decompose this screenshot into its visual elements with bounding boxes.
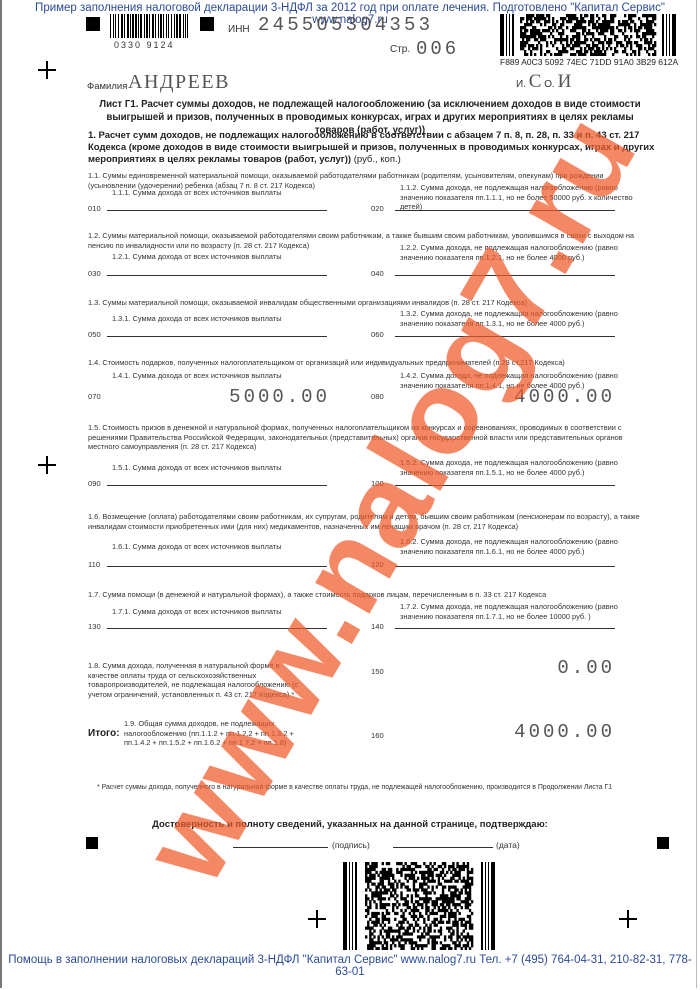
registration-cross (308, 910, 326, 928)
confirmation-text: Достоверность и полноту сведений, указан… (0, 819, 700, 830)
initial-o-value: И (558, 71, 572, 92)
page-label: Стр. (390, 44, 410, 55)
item-right-code: 020 (371, 204, 384, 213)
item-left-field[interactable] (107, 336, 327, 337)
item-right-field[interactable] (395, 336, 615, 337)
item-right-field[interactable] (395, 485, 615, 486)
item-right-code: 100 (371, 479, 384, 488)
item-heading: 1.3. Суммы материальной помощи, оказывае… (88, 298, 648, 308)
item-heading: 1.4. Стоимость подарков, полученных нало… (88, 358, 648, 368)
item-1-8-code: 150 (371, 667, 384, 676)
item-1-9-label: 1.9. Общая сумма доходов, не подлежащих … (124, 719, 304, 748)
surname-value: АНДРЕЕВ (128, 71, 230, 94)
item-left-label: 1.4.1. Сумма дохода от всех источников в… (112, 371, 352, 381)
item-right-label: 1.3.2. Сумма дохода, не подлежащая налог… (400, 309, 650, 328)
initial-o-label: О. (544, 79, 555, 90)
item-right-code: 060 (371, 330, 384, 339)
item-left-code: 050 (88, 330, 101, 339)
item-left-label: 1.2.1. Сумма дохода от всех источников в… (112, 252, 352, 262)
item-1-9-value[interactable]: 4000.00 (450, 721, 615, 743)
item-right-label: 1.6.2. Сумма дохода, не подлежащая налог… (400, 537, 650, 556)
date-label: (дата) (496, 840, 520, 850)
hash-code: F889 A0C3 5092 74EC 71DD 91A0 3B29 612A (500, 57, 678, 67)
item-left-code: 030 (88, 269, 101, 278)
item-left-code: 010 (88, 204, 101, 213)
item-right-label: 1.5.2. Сумма дохода, не подлежащая налог… (400, 458, 650, 477)
item-right-code: 040 (371, 269, 384, 278)
item-heading: 1.5. Стоимость призов в денежной и натур… (88, 423, 648, 452)
item-left-field[interactable] (107, 566, 327, 567)
item-left-label: 1.6.1. Сумма дохода от всех источников в… (112, 542, 352, 552)
section-title: 1. Расчет сумм доходов, не подлежащих на… (88, 130, 660, 166)
item-right-code: 080 (371, 392, 384, 401)
pdf417-barcode-bottom (343, 862, 495, 950)
item-left-field[interactable] (107, 275, 327, 276)
corner-marker (200, 17, 214, 31)
signature-field[interactable] (233, 847, 328, 848)
registration-cross (38, 61, 56, 79)
item-right-code: 120 (371, 560, 384, 569)
item-right-code: 140 (371, 622, 384, 631)
item-heading: 1.7. Сумма помощи (в денежной и натураль… (88, 590, 648, 600)
pdf417-barcode-top (500, 14, 676, 56)
item-left-code: 070 (88, 392, 101, 401)
corner-marker (86, 837, 98, 849)
item-1-9-code: 160 (371, 731, 384, 740)
inn-label: ИНН (228, 24, 250, 35)
item-left-field[interactable] (107, 628, 327, 629)
item-right-field[interactable] (395, 275, 615, 276)
initials: И. С О. И (516, 71, 571, 93)
item-heading: 1.6. Возмещение (оплата) работодателями … (88, 512, 648, 531)
section-units: (руб., коп.) (351, 154, 401, 165)
item-right-field[interactable] (395, 628, 615, 629)
item-left-field[interactable] (107, 210, 327, 211)
item-right-label: 1.1.2. Сумма дохода, не подлежащая налог… (400, 183, 650, 212)
item-1-8-label: 1.8. Сумма дохода, полученная в натураль… (88, 661, 303, 699)
initial-i-label: И. (516, 79, 526, 90)
item-left-field[interactable] (107, 485, 327, 486)
page-number: 006 (416, 38, 459, 60)
surname-label: Фамилия (87, 81, 127, 92)
item-left-label: 1.1.1. Сумма дохода от всех источников в… (112, 188, 352, 198)
initial-i-value: С (529, 71, 542, 92)
item-left-label: 1.7.1. Сумма дохода от всех источников в… (112, 607, 352, 617)
corner-marker (657, 837, 669, 849)
registration-cross (619, 910, 637, 928)
inn-value: 245505304353 (258, 14, 433, 36)
item-1-8-value[interactable]: 0.00 (450, 657, 615, 679)
itogo-label: Итого: (88, 728, 120, 739)
bottom-banner: Помощь в заполнении налоговых деклараций… (0, 954, 700, 978)
barcode-number: 0330 9124 (114, 40, 175, 50)
signature-label: (подпись) (332, 840, 370, 850)
item-left-code: 090 (88, 479, 101, 488)
item-left-label: 1.3.1. Сумма дохода от всех источников в… (112, 314, 352, 324)
item-right-label: 1.2.2. Сумма дохода, не подлежащая налог… (400, 243, 650, 262)
item-right-value[interactable]: 4000.00 (450, 386, 615, 408)
barcode-1d (110, 14, 190, 38)
item-right-label: 1.7.2. Сумма дохода, не подлежащая налог… (400, 602, 650, 621)
item-left-label: 1.5.1. Сумма дохода от всех источников в… (112, 463, 352, 473)
registration-cross (38, 456, 56, 474)
item-left-value[interactable]: 5000.00 (170, 386, 330, 408)
date-field[interactable] (393, 847, 493, 848)
item-left-code: 110 (88, 560, 100, 569)
corner-marker (86, 17, 100, 31)
footnote: * Расчет суммы дохода, полученного в нат… (97, 783, 657, 793)
item-right-field[interactable] (395, 210, 615, 211)
item-right-field[interactable] (395, 566, 615, 567)
item-left-code: 130 (88, 622, 101, 631)
